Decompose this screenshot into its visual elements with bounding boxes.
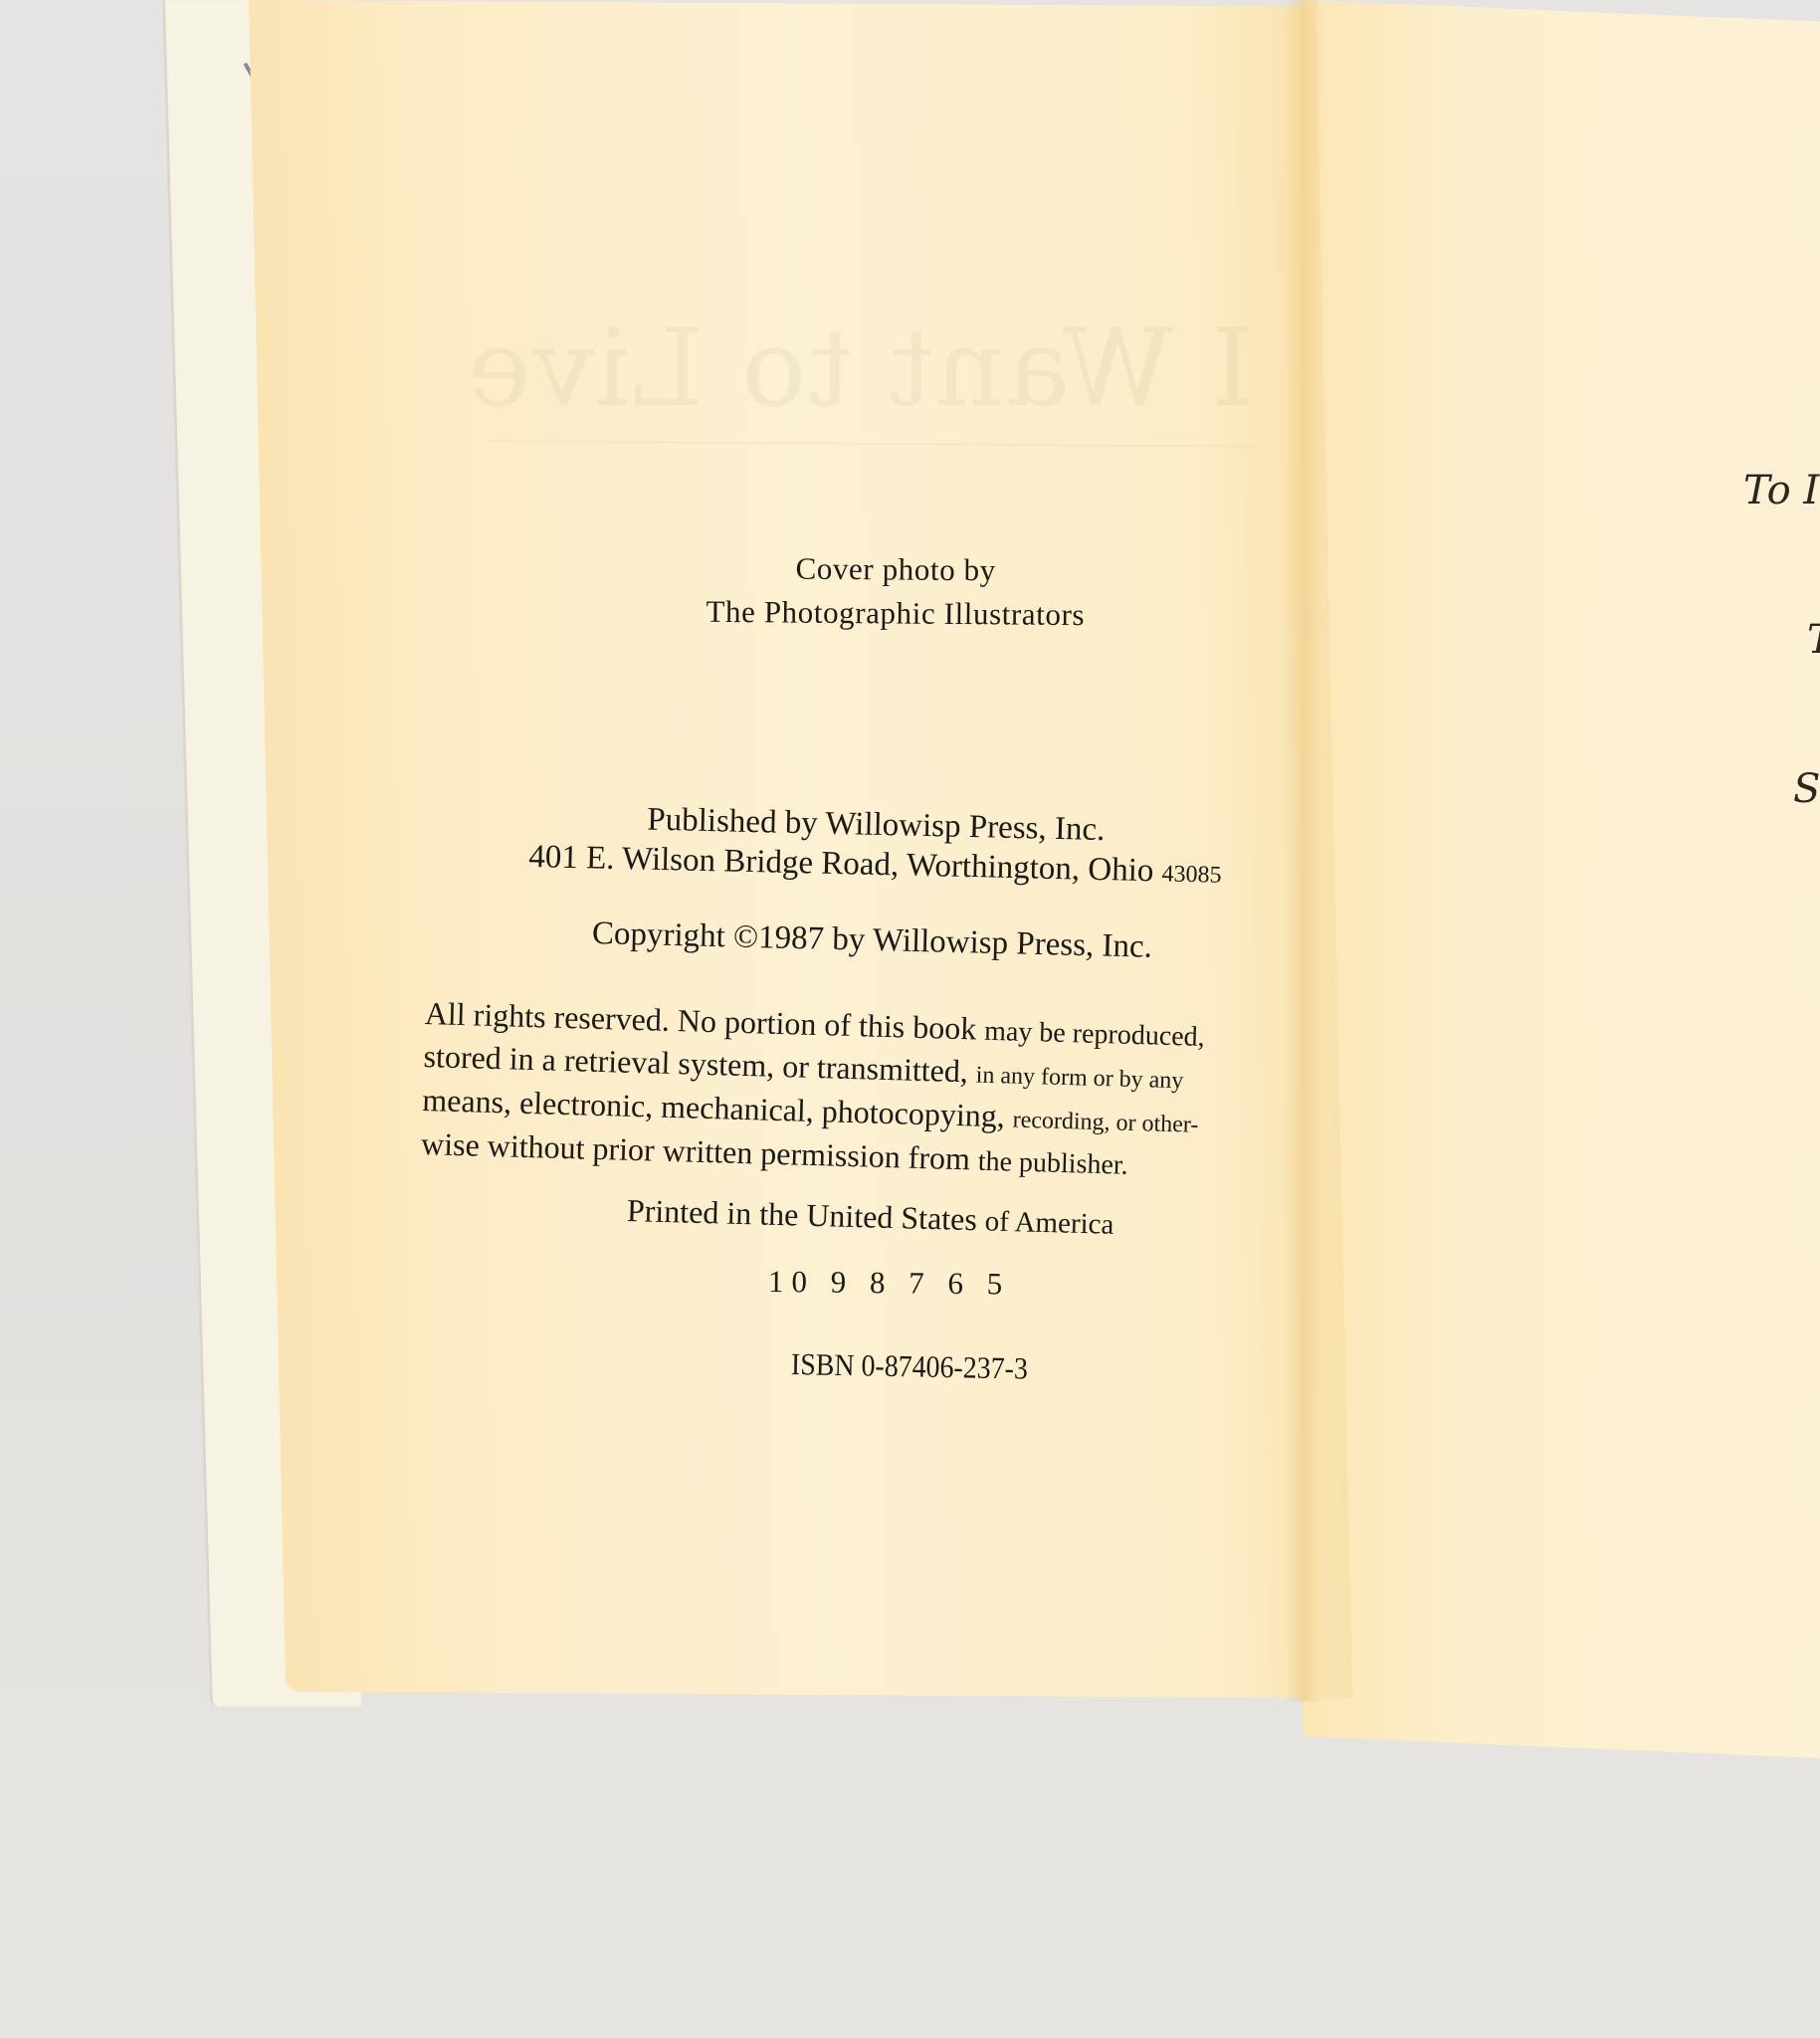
- book-gutter: [1284, 0, 1323, 1702]
- cover-credit-line-2: The Photographic Illustrators: [617, 589, 1174, 638]
- publisher-info: Published by Willowisp Press, Inc. 401 E…: [487, 796, 1265, 897]
- right-page: [1304, 0, 1820, 1759]
- rights-line-2-tail: in any form or by any: [975, 1063, 1183, 1095]
- rights-line-4-tail: the publisher.: [977, 1146, 1128, 1181]
- cover-photo-credit: Cover photo by The Photographic Illustra…: [617, 545, 1175, 638]
- dedication-line-3: S: [1743, 764, 1820, 814]
- publisher-zip: 43085: [1161, 861, 1222, 888]
- dedication-line-2: T: [1743, 615, 1820, 665]
- isbn-number: ISBN 0-87406-237-3: [791, 1346, 1029, 1387]
- cover-credit-line-1: Cover photo by: [617, 545, 1174, 594]
- rights-line-1-tail: may be reproduced,: [984, 1016, 1205, 1053]
- rights-line-3-tail: recording, or other-: [1012, 1108, 1198, 1138]
- dedication-text: To I T S: [1743, 366, 1820, 864]
- printed-country: of America: [984, 1205, 1113, 1240]
- dedication-line-1: To I: [1743, 466, 1820, 515]
- printer-impression-line: 10 9 8 7 6 5: [768, 1264, 1011, 1303]
- show-through-title: I Want to Live: [478, 306, 1254, 431]
- rights-reserved-paragraph: All rights reserved. No portion of this …: [421, 993, 1206, 1188]
